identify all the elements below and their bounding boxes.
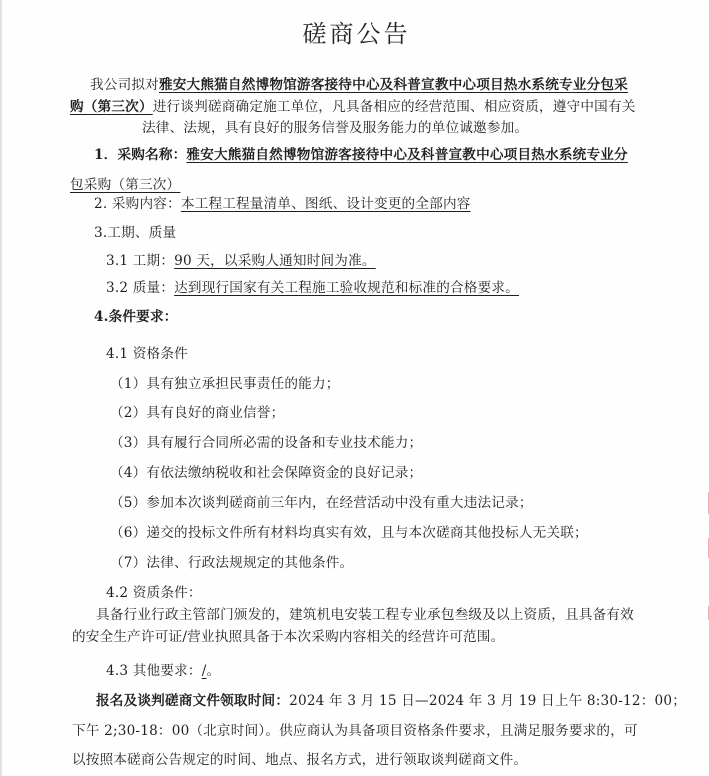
intro-line-1: 我公司拟对雅安大熊猫自然博物馆游客接待中心及科普宣教中心项目热水系统专业分包采	[90, 76, 628, 94]
registration-line-2: 下午 2;30-18：00（北京时间）。供应商认为具备项目资格条件要求，且满足服…	[72, 722, 638, 740]
section-4-heading: 4.条件要求：	[94, 308, 178, 326]
section-4-3-label: 4.3 其他要求：	[106, 663, 202, 679]
project-name-part1: 雅安大熊猫自然博物馆游客接待中心及科普宣教中心项目热水系统专业分包采	[159, 77, 628, 93]
section-4-2-heading: 4.2 资质条件：	[106, 584, 202, 602]
section-4-2-line-2: 的安全生产许可证/营业执照具备于本次采购内容相关的经营许可范围。	[72, 628, 504, 646]
section-3-1-label: 3.1 工期：	[106, 253, 174, 269]
section-4-2-line-1: 具备行业行政主管部门颁发的，建筑机电安装工程专业承包叁级及以上资质，且具备有效	[96, 606, 634, 624]
document-page: 磋商公告 我公司拟对雅安大熊猫自然博物馆游客接待中心及科普宣教中心项目热水系统专…	[0, 0, 709, 776]
registration-label: 报名及谈判磋商文件领取时间：	[96, 693, 289, 709]
section-1-line-2: 包采购（第三次）	[70, 176, 180, 194]
intro-rest: 进行谈判磋商确定施工单位，凡具备相应的经营范围、相应资质，遵守中国有关	[153, 99, 636, 115]
section-1-label: 1．采购名称：	[94, 147, 186, 163]
qualification-item-1: （1）具有独立承担民事责任的能力；	[110, 375, 340, 393]
section-3-2-value: 达到现行国家有关工程施工验收规范和标准的合格要求。	[174, 280, 519, 296]
qualification-item-4: （4）有依法缴纳税收和社会保障资金的良好记录；	[110, 464, 422, 482]
section-3-1-value: 90 天，以采购人通知时间为准。	[174, 253, 376, 269]
intro-line-3: 法律、法规，具有良好的服务信誉及服务能力的单位诚邀参加。	[142, 119, 528, 137]
registration-time-range: 2024 年 3 月 15 日—2024 年 3 月 19 日上午 8:30-1…	[289, 693, 686, 709]
section-4-3-tail: 。	[207, 663, 221, 679]
section-2-line: 2. 采购内容：本工程工程量清单、图纸、设计变更的全部内容	[94, 195, 471, 213]
section-1-line-1: 1．采购名称：雅安大熊猫自然博物馆游客接待中心及科普宣教中心项目热水系统专业分	[94, 146, 628, 164]
page-title: 磋商公告	[2, 14, 709, 49]
qualification-item-6: （6）递交的投标文件所有材料均真实有效，且与本次磋商其他投标人无关联；	[110, 524, 588, 542]
qualification-item-3: （3）具有履行合同所必需的设备和专业技术能力；	[110, 434, 422, 452]
registration-line-1: 报名及谈判磋商文件领取时间：2024 年 3 月 15 日—2024 年 3 月…	[96, 692, 686, 710]
section-4-3-line: 4.3 其他要求：/。	[106, 662, 220, 680]
section-2-label: 2. 采购内容：	[94, 196, 181, 212]
section-1-value-part2: 包采购（第三次）	[70, 177, 180, 193]
section-4-1-heading: 4.1 资格条件	[106, 345, 188, 363]
section-3-1-line: 3.1 工期：90 天，以采购人通知时间为准。	[106, 252, 376, 270]
project-name-part2: 购（第三次）	[70, 99, 153, 115]
section-3-2-line: 3.2 质量：达到现行国家有关工程施工验收规范和标准的合格要求。	[106, 279, 519, 297]
intro-lead: 我公司拟对	[90, 77, 159, 93]
qualification-item-7: （7）法律、行政法规规定的其他条件。	[110, 554, 353, 572]
section-2-value: 本工程工程量清单、图纸、设计变更的全部内容	[181, 196, 471, 212]
section-1-value-part1: 雅安大熊猫自然博物馆游客接待中心及科普宣教中心项目热水系统专业分	[186, 147, 627, 163]
registration-line-3: 以按照本磋商公告规定的时间、地点、报名方式，进行领取谈判磋商文件。	[72, 751, 527, 769]
intro-line-2: 购（第三次）进行谈判磋商确定施工单位，凡具备相应的经营范围、相应资质，遵守中国有…	[70, 98, 636, 116]
section-3-2-label: 3.2 质量：	[106, 280, 174, 296]
section-3-heading: 3.工期、质量	[94, 224, 176, 242]
qualification-item-2: （2）具有良好的商业信誉；	[110, 404, 284, 422]
qualification-item-5: （5）参加本次谈判磋商前三年内，在经营活动中没有重大违法记录；	[110, 494, 533, 512]
